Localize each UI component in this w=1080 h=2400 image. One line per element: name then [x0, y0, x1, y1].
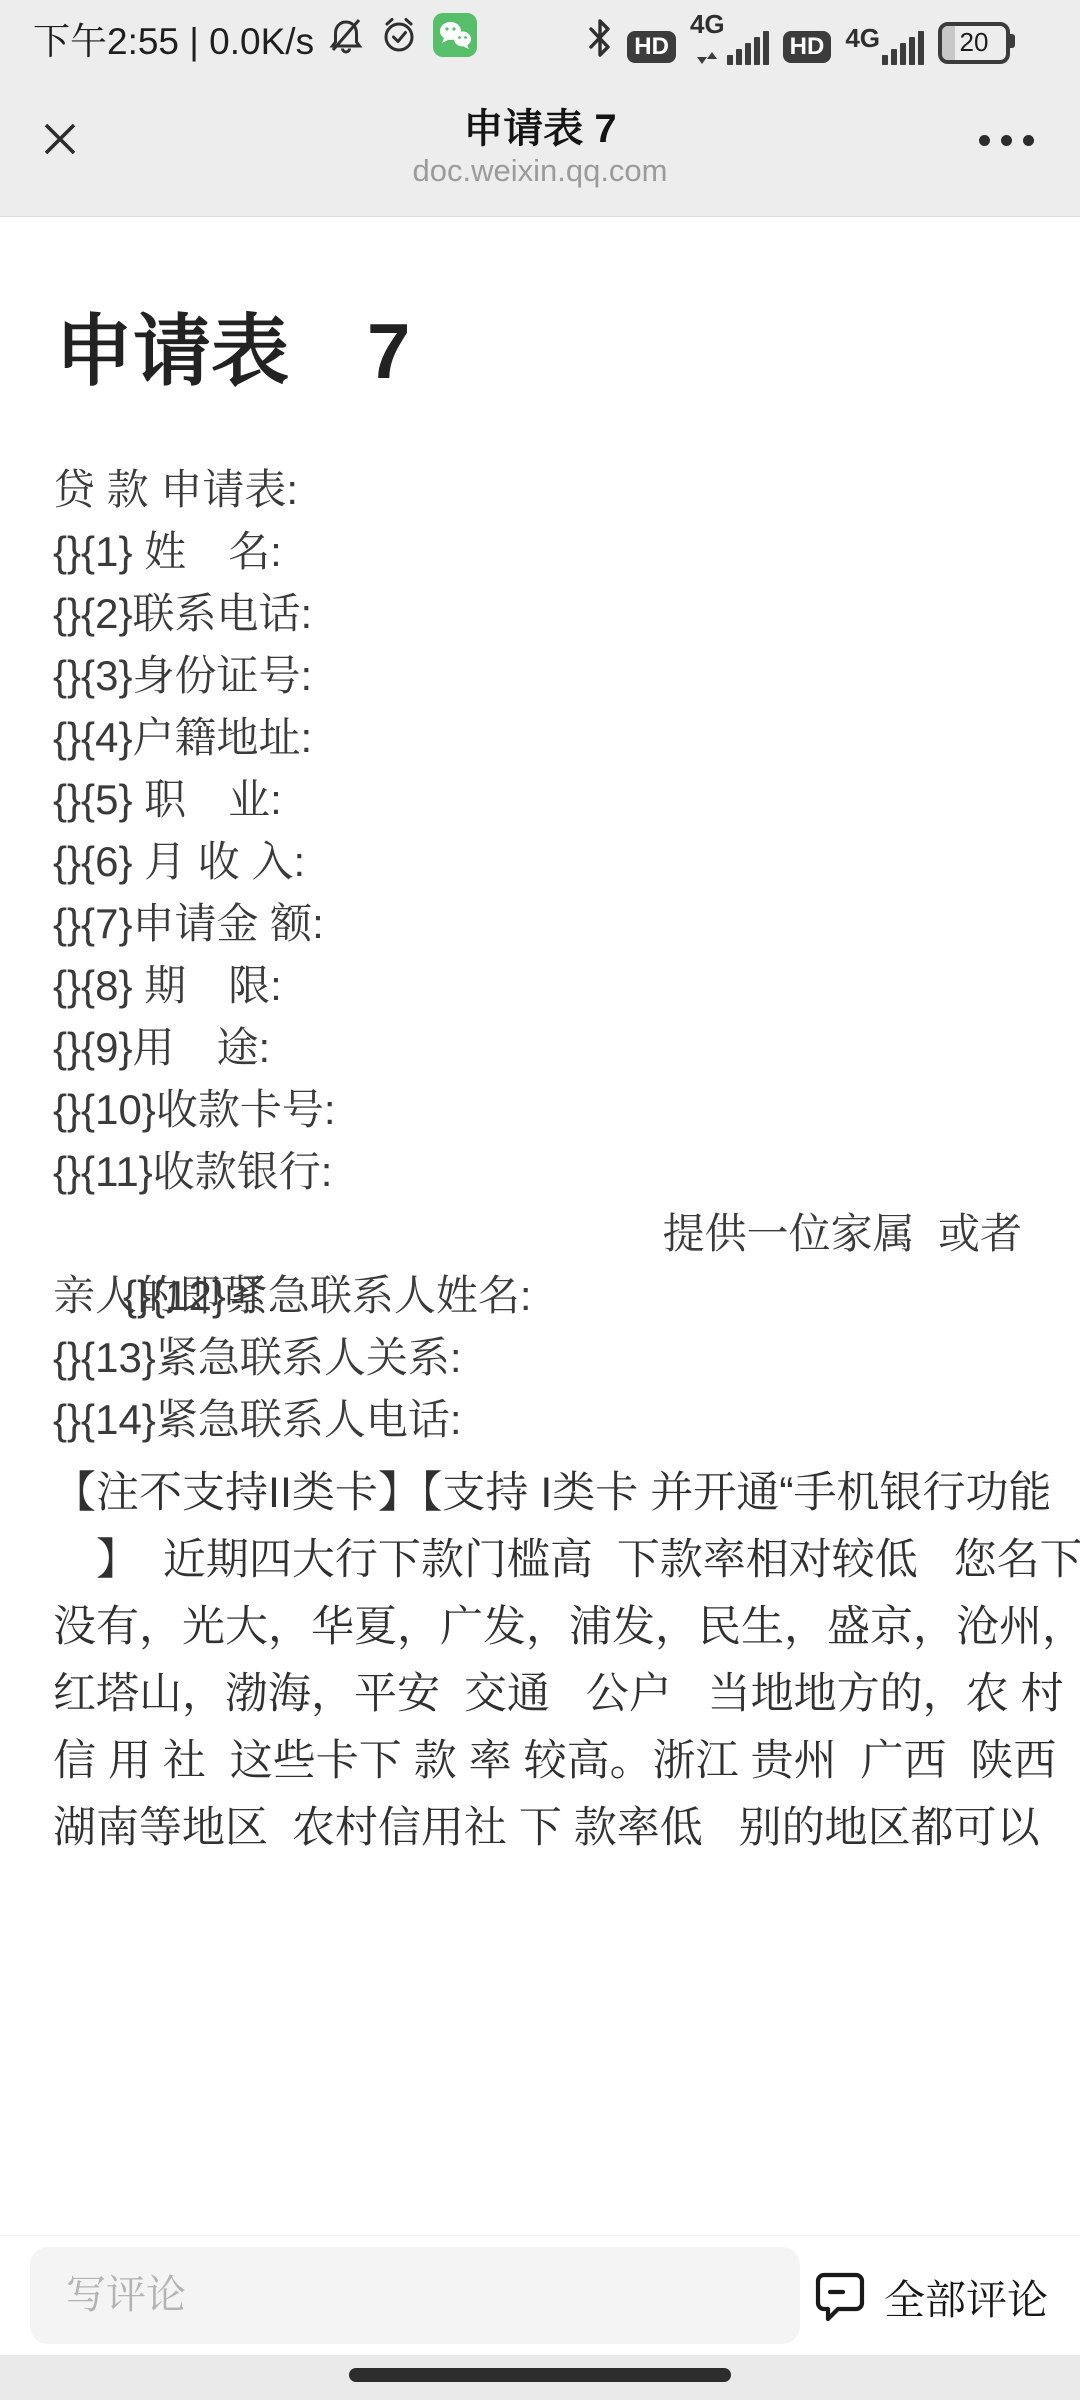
loan-form-lines: 贷 款 申请表: {}{1} 姓 名: {}{2}联系电话: {}{3}身份证号… — [53, 459, 1030, 1451]
home-indicator-handle[interactable] — [349, 2368, 731, 2382]
form-line: {}{11}收款银行: — [53, 1141, 1030, 1203]
data-activity-arrows-icon — [696, 51, 718, 65]
time-and-speed-text: 下午2:55 | 0.0K/s — [33, 11, 314, 65]
note-paragraph: 【注不支持II类卡】【支持 I类卡 并开通“手机银行功能 】 近期四大行下款门槛… — [53, 1460, 1043, 1862]
comment-bar: 全部评论 — [0, 2235, 1080, 2355]
battery-fill — [942, 26, 955, 60]
form-line: {}{8} 期 限: — [53, 955, 1030, 1017]
paragraph-line: 红塔山，渤海，平安 交通 公户 当地地方的，农 村 — [53, 1661, 1043, 1728]
document-title: 申请表 7 — [55, 304, 410, 398]
form-line: 亲人的即可 — [53, 1265, 1030, 1327]
page-url: doc.weixin.qq.com — [0, 153, 1080, 189]
form-line-annotation: 提供一位家属 或者 — [663, 1203, 1022, 1265]
all-comments-label: 全部评论 — [884, 2267, 1048, 2326]
form-line-emergency-name: {}{12}紧急联系人姓名: 提供一位家属 或者 — [53, 1203, 1030, 1265]
hd-voice-badge-2: HD — [783, 31, 832, 63]
more-options-button[interactable] — [966, 115, 1046, 165]
form-line: {}{9}用 途: — [53, 1017, 1030, 1079]
all-comments-button[interactable]: 全部评论 — [812, 2236, 1048, 2356]
status-bar: 下午2:55 | 0.0K/s — [0, 0, 1080, 75]
signal-bars-1 — [727, 31, 769, 65]
paragraph-line: 没有，光大，华夏，广发，浦发，民生，盛京，沧州， — [53, 1594, 1043, 1661]
form-line: {}{14}紧急联系人电话: — [53, 1389, 1030, 1451]
paragraph-line: 信 用 社 这些卡下 款 率 较高。浙江 贵州 广西 陕西 — [53, 1728, 1043, 1795]
signal-sim1: 4G — [690, 11, 769, 65]
form-line: {}{2}联系电话: — [53, 583, 1030, 645]
hd-voice-badge-1: HD — [627, 31, 676, 63]
document-content-area: 申请表 7 贷 款 申请表: {}{1} 姓 名: {}{2}联系电话: {}{… — [0, 218, 1080, 2235]
webview-header: 申请表 7 doc.weixin.qq.com — [0, 75, 1080, 217]
paragraph-line: 】 近期四大行下款门槛高 下款率相对较低 您名下有 — [53, 1527, 1043, 1594]
form-line: {}{10}收款卡号: — [53, 1079, 1030, 1141]
status-right-group: HD 4G HD 4G 20 — [587, 11, 1080, 65]
network-type-label-2: 4G — [845, 25, 880, 51]
comment-bubble-icon — [812, 2267, 868, 2325]
battery-level: 20 — [960, 27, 989, 58]
form-line: {}{13}紧急联系人关系: — [53, 1327, 1030, 1389]
signal-sim2: 4G — [845, 25, 924, 65]
network-type-label-1: 4G — [690, 11, 725, 37]
form-line: {}{6} 月 收 入: — [53, 831, 1030, 893]
paragraph-line: 【注不支持II类卡】【支持 I类卡 并开通“手机银行功能 — [53, 1460, 1043, 1527]
form-line: {}{5} 职 业: — [53, 769, 1030, 831]
bluetooth-icon — [587, 16, 613, 65]
form-line: {}{3}身份证号: — [53, 645, 1030, 707]
battery-icon: 20 — [938, 22, 1010, 64]
signal-bars-2 — [882, 31, 924, 65]
form-line: {}{1} 姓 名: — [53, 521, 1030, 583]
muted-bell-icon — [326, 15, 366, 60]
status-left-group: 下午2:55 | 0.0K/s — [33, 11, 478, 65]
ellipsis-icon — [979, 135, 990, 146]
paragraph-line: 湖南等地区 农村信用社 下 款率低 别的地区都可以 — [53, 1795, 1043, 1862]
form-line: 贷 款 申请表: — [53, 459, 1030, 521]
page-title: 申请表 7 — [0, 97, 1080, 154]
comment-input[interactable] — [30, 2247, 800, 2344]
bottom-system-strip — [0, 2355, 1080, 2400]
wechat-icon — [432, 12, 478, 63]
alarm-clock-icon — [378, 14, 420, 61]
form-line: {}{4}户籍地址: — [53, 707, 1030, 769]
form-line: {}{7}申请金 额: — [53, 893, 1030, 955]
